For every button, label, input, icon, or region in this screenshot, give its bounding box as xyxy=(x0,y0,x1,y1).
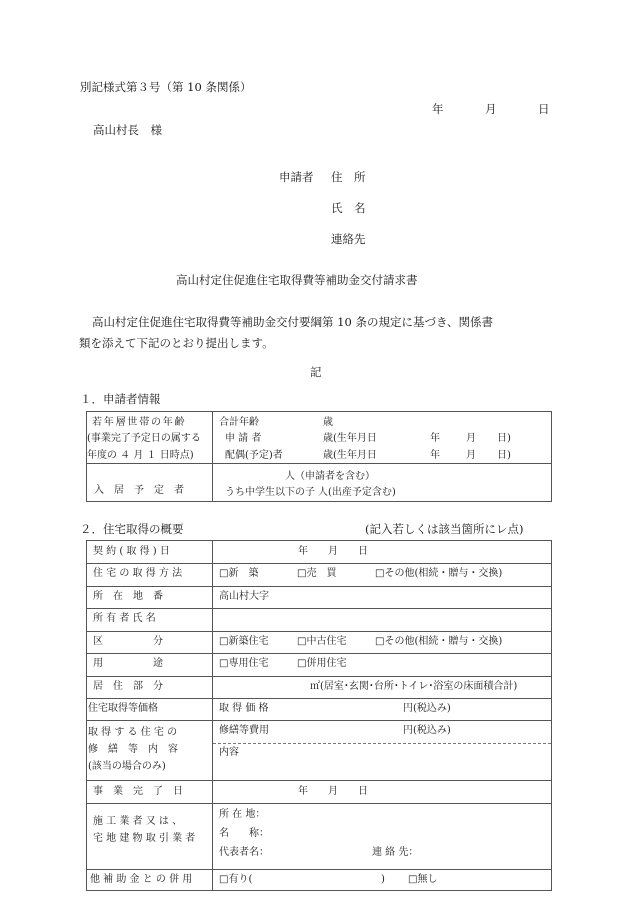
completion-date-label: 事 業 完 了 日 xyxy=(93,787,183,797)
checkbox-other-method[interactable]: □その他(相続・贈与・交換) xyxy=(375,569,502,579)
contractor-address-label: 所 在 地： xyxy=(219,810,265,820)
checkbox-combined-residence[interactable]: □併用住宅 xyxy=(297,659,346,669)
applicant-birth-month: 月 xyxy=(466,434,476,444)
spouse-birth-month: 月 xyxy=(466,451,476,461)
age-label-line-2: (事業完了予定日の属する xyxy=(87,434,201,444)
children-count-field[interactable]: 人(出産予定含む) xyxy=(318,488,396,498)
checkbox-used-house[interactable]: □中古住宅 xyxy=(297,637,346,647)
applicant-age-field[interactable]: 歳(生年月日 xyxy=(323,434,377,444)
section1-heading: １．申請者情報 xyxy=(80,394,161,406)
date-month-label: 月 xyxy=(485,104,497,116)
contract-date-field[interactable]: 年 月 日 xyxy=(298,547,368,557)
repair-cost-field[interactable]: 円(税込み) xyxy=(403,726,451,736)
acquisition-price-label: 住宅取得等価格 xyxy=(88,704,158,714)
usage-label: 用 途 xyxy=(93,659,203,669)
spouse-age-label: 配偶(予定)者 xyxy=(225,451,283,461)
checkbox-other-subsidy-yes[interactable]: □有り( xyxy=(219,875,252,885)
applicant-birth-year: 年 xyxy=(430,434,440,444)
form-number: 別記様式第３号（第 10 条関係） xyxy=(80,82,251,94)
owner-name-field[interactable] xyxy=(219,614,549,626)
applicant-contact-label: 連絡先 xyxy=(331,234,366,246)
applicant-birth-day: 日) xyxy=(497,434,511,444)
checkbox-new-house[interactable]: □新築住宅 xyxy=(219,637,268,647)
body-line-1: 高山村定住促進住宅取得費等補助金交付要綱第 10 条の規定に基づき、関係書 xyxy=(92,317,493,329)
applicant-age-label: 申 請 者 xyxy=(225,434,261,444)
repair-label-line-2: 修 繕 等 内 容 xyxy=(88,745,178,755)
contractor-representative-label: 代表者名： xyxy=(219,848,269,858)
location-field[interactable]: 高山村大字 xyxy=(219,592,269,602)
addressee: 高山村長 様 xyxy=(93,125,162,137)
location-label: 所 在 地 番 xyxy=(93,592,163,602)
age-label-line-1: 若年層世帯の年齢 xyxy=(92,418,186,428)
repair-label-line-1: 取 得 す る 住 宅 の xyxy=(88,728,177,738)
other-subsidy-close-paren: ) xyxy=(381,875,385,885)
total-age-label: 合計年齢 xyxy=(219,418,259,428)
living-area-label: 居 住 部 分 xyxy=(93,682,163,692)
applicant-address-label: 住 所 xyxy=(331,172,366,184)
residents-count-field[interactable]: 人（申請者を含む） xyxy=(285,472,375,482)
checkbox-purchase[interactable]: □売 買 xyxy=(297,569,336,579)
acquisition-price-sublabel: 取 得 価 格 xyxy=(219,704,269,714)
contract-date-label: 契 約 ( 取 得 ) 日 xyxy=(93,547,170,557)
repair-content-label: 内容 xyxy=(219,748,239,758)
repair-cost-label: 修繕等費用 xyxy=(219,726,269,736)
other-subsidy-label: 他 補 助 金 と の 併 用 xyxy=(90,875,192,885)
spouse-birth-year: 年 xyxy=(430,451,440,461)
contractor-label-line-2: 宅 地 建 物 取 引 業 者 xyxy=(93,834,195,844)
children-label: うち中学生以下の子 xyxy=(225,488,315,498)
spouse-age-field[interactable]: 歳(生年月日 xyxy=(323,451,377,461)
total-age-unit: 歳 xyxy=(323,418,333,428)
acquisition-price-field[interactable]: 円(税込み) xyxy=(403,704,451,714)
completion-date-field[interactable]: 年 月 日 xyxy=(298,787,368,797)
checkbox-dedicated-residence[interactable]: □専用住宅 xyxy=(219,659,268,669)
category-label: 区 分 xyxy=(93,637,203,647)
residents-label: 入 居 予 定 者 xyxy=(94,486,184,496)
checkbox-other-category[interactable]: □その他(相続・贈与・交換) xyxy=(375,637,502,647)
section2-heading: ２．住宅取得の概要 xyxy=(80,524,184,536)
age-label-line-3: 年度の ４ 月 １ 日時点) xyxy=(87,451,194,461)
date-day-label: 日 xyxy=(538,104,550,116)
checkbox-other-subsidy-no[interactable]: □無し xyxy=(408,875,437,885)
contractor-contact-label: 連 絡 先： xyxy=(372,848,418,858)
owner-name-label: 所 有 者 氏 名 xyxy=(93,614,156,624)
ki-mark: 記 xyxy=(310,367,322,379)
spouse-birth-day: 日) xyxy=(497,451,511,461)
applicant-label: 申請者 xyxy=(279,172,314,184)
living-area-field[interactable]: ㎡(居室･玄関･台所･トイレ･浴室の床面積合計) xyxy=(310,682,517,692)
body-line-2: 類を添えて下記のとおり提出します。 xyxy=(79,338,274,350)
section2-note: (記入若しくは該当箇所にレ点) xyxy=(365,524,523,536)
acquisition-method-label: 住 宅 の 取 得 方 法 xyxy=(93,569,182,579)
contractor-name-label: 名 称： xyxy=(219,829,269,839)
document-title: 高山村定住促進住宅取得費等補助金交付請求書 xyxy=(176,275,418,287)
date-year-label: 年 xyxy=(432,104,444,116)
repair-label-line-3: (該当の場合のみ) xyxy=(88,762,166,772)
applicant-name-label: 氏 名 xyxy=(331,203,366,215)
contractor-label-line-1: 施 工 業 者 又 は 、 xyxy=(93,817,182,827)
checkbox-new-construction[interactable]: □新 築 xyxy=(219,569,258,579)
